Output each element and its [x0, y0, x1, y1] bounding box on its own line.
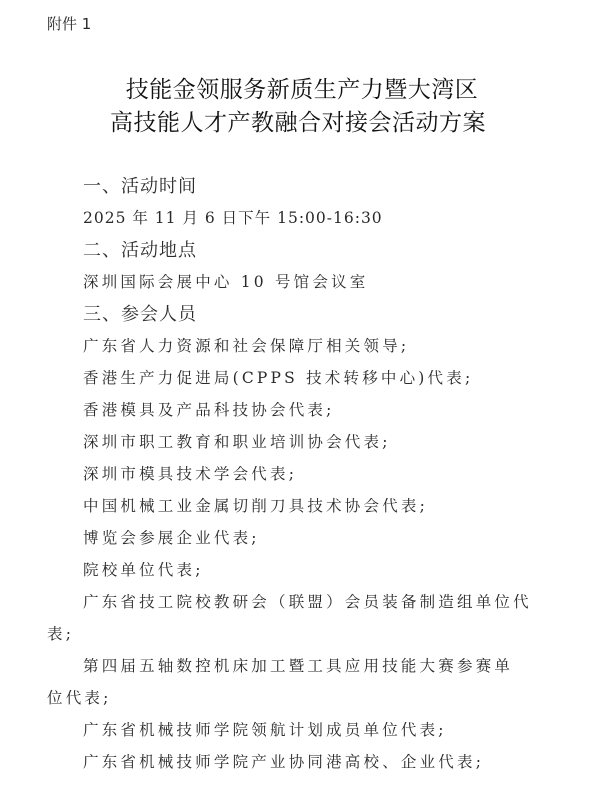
- attendee-item: 博览会参展企业代表;: [83, 526, 260, 548]
- attendee-item-continuation: 表;: [47, 622, 74, 644]
- event-time: 2025 年 11 月 6 日下午 15:00-16:30: [83, 206, 383, 228]
- section-heading-time: 一、活动时间: [83, 172, 197, 198]
- attendee-item: 深圳市职工教育和职业培训协会代表;: [83, 430, 391, 452]
- attendee-item-continuation: 位代表;: [47, 686, 112, 708]
- attendee-item: 香港生产力促进局(CPPS 技术转移中心)代表;: [83, 366, 473, 388]
- event-location: 深圳国际会展中心 10 号馆会议室: [83, 270, 368, 292]
- attendee-item: 中国机械工业金属切削刀具技术协会代表;: [83, 494, 428, 516]
- attendee-item: 广东省机械技师学院产业协同港高校、企业代表;: [83, 750, 484, 772]
- section-heading-location: 二、活动地点: [83, 236, 197, 262]
- attendee-item: 第四届五轴数控机床加工暨工具应用技能大赛参赛单: [83, 654, 513, 676]
- section-heading-attendees: 三、参会人员: [83, 300, 197, 326]
- attendee-item: 广东省技工院校教研会（联盟）会员装备制造组单位代: [83, 590, 532, 612]
- attendee-item: 香港模具及产品科技协会代表;: [83, 398, 335, 420]
- document-title-line-2: 高技能人才产教融合对接会活动方案: [0, 104, 596, 137]
- attendee-item: 广东省机械技师学院领航计划成员单位代表;: [83, 718, 447, 740]
- attendee-item: 深圳市模具技术学会代表;: [83, 462, 297, 484]
- attendee-item: 广东省人力资源和社会保障厅相关领导;: [83, 334, 409, 356]
- attachment-label: 附件 1: [47, 13, 91, 34]
- attendee-item: 院校单位代表;: [83, 558, 204, 580]
- document-title-line-1: 技能金领服务新质生产力暨大湾区: [0, 71, 596, 104]
